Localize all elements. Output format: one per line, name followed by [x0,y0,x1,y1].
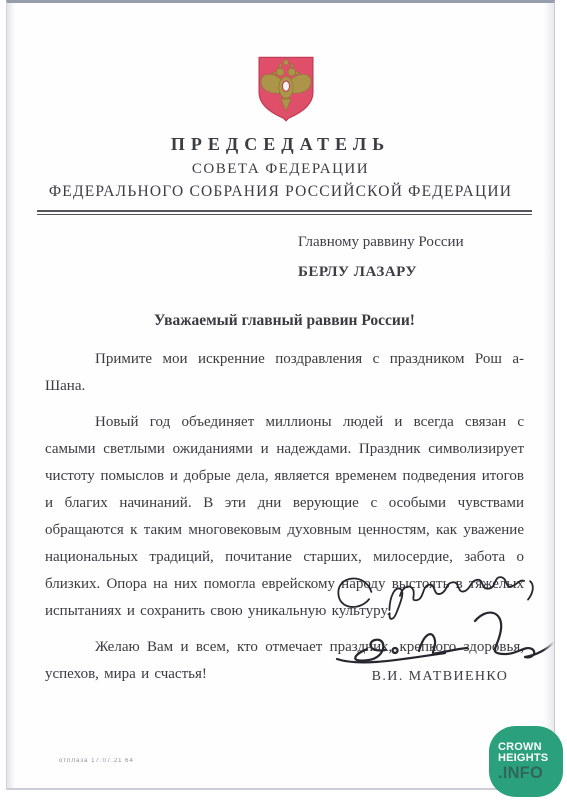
handwritten-signature [327,555,559,673]
badge-line-info: .INFO [498,765,563,781]
signer-name: В.И. МАТВИЕНКО [339,669,541,685]
russian-coat-of-arms-icon [254,53,318,127]
recipient-name: БЕРЛУ ЛАЗАРУ [298,264,464,281]
recipient-role: Главному раввину России [298,234,464,251]
letterhead-subtitle-2: ФЕДЕРАЛЬНОГО СОБРАНИЯ РОССИЙСКОЙ ФЕДЕРАЦ… [7,183,554,201]
salutation: Уважаемый главный раввин России! [45,312,524,330]
letterhead-divider [37,210,532,215]
letterhead: ПРЕДСЕДАТЕЛЬ СОВЕТА ФЕДЕРАЦИИ ФЕДЕРАЛЬНО… [7,134,554,201]
paragraph-1: Примите мои искренние поздравления с пра… [45,346,524,400]
letterhead-subtitle-1: СОВЕТА ФЕДЕРАЦИИ [7,161,554,178]
footer-note: отпЛаза 17.07.21 64 [59,758,134,764]
recipient-block: Главному раввину России БЕРЛУ ЛАЗАРУ [298,234,464,281]
letter-page: ПРЕДСЕДАТЕЛЬ СОВЕТА ФЕДЕРАЦИИ ФЕДЕРАЛЬНО… [6,0,555,790]
badge-line-heights: HEIGHTS [498,753,563,764]
crownheights-info-badge[interactable]: CROWN HEIGHTS .INFO [489,726,563,797]
letterhead-title: ПРЕДСЕДАТЕЛЬ [7,134,554,155]
